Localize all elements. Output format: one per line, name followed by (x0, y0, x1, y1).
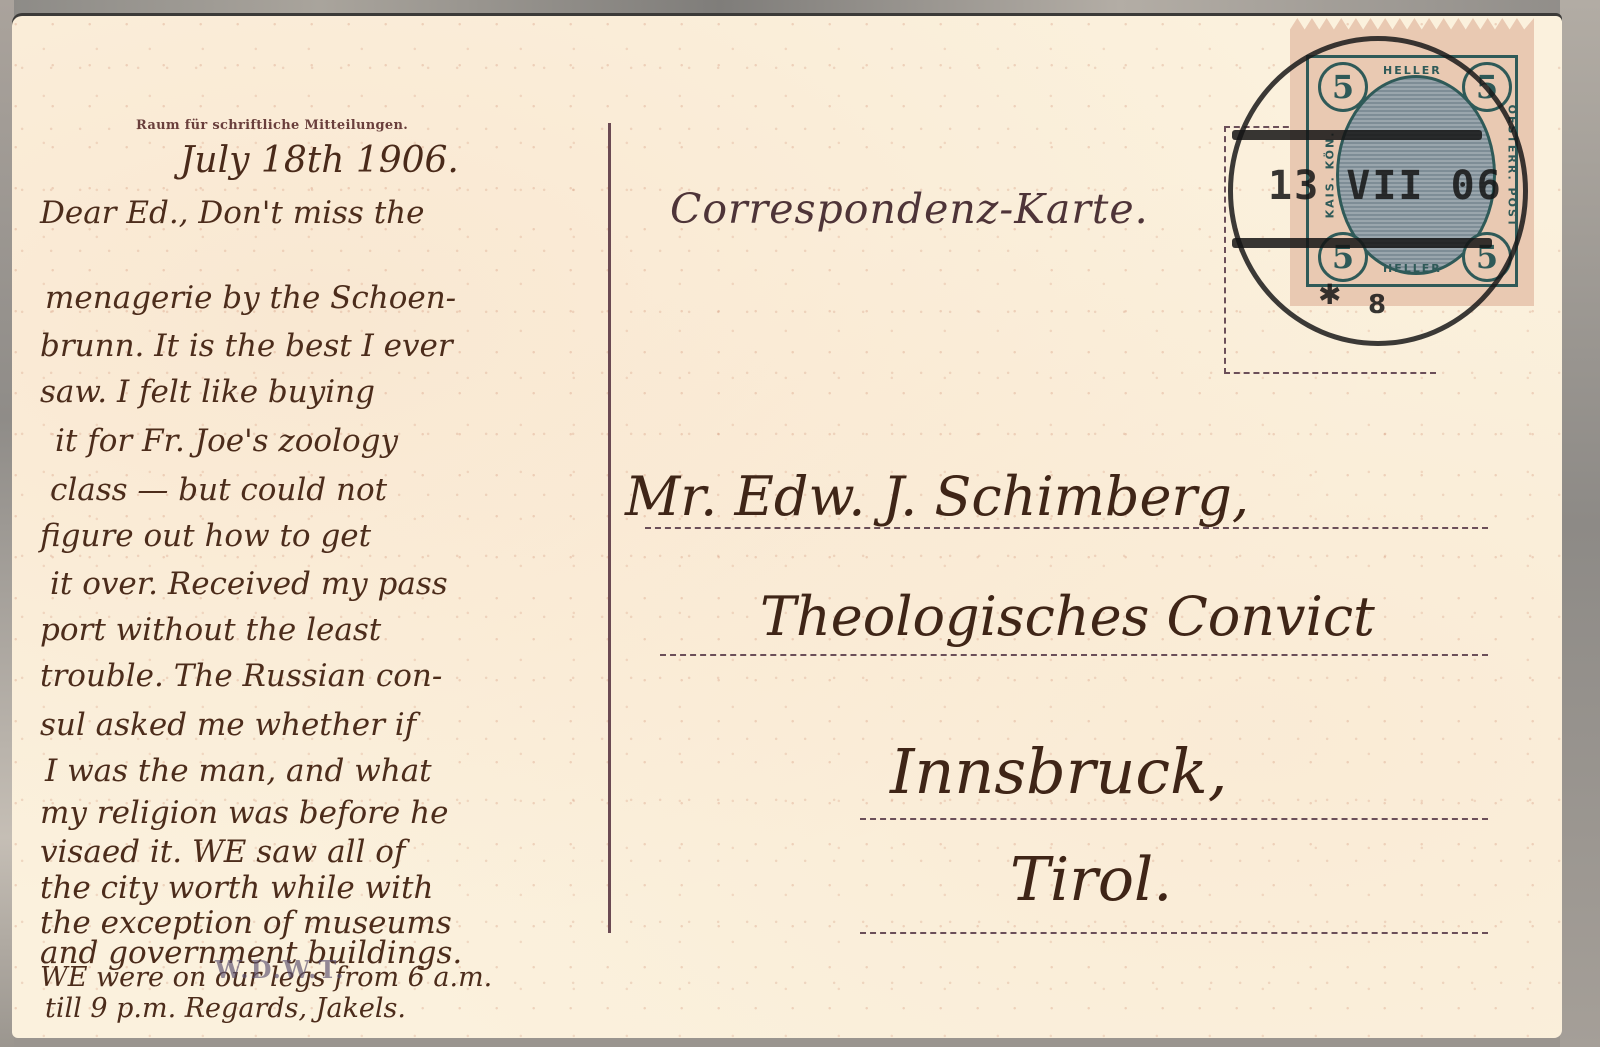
message-line: trouble. The Russian con- (40, 658, 442, 694)
message-line: class — but could not (50, 472, 387, 508)
address-line-institution: Theologisches Convict (760, 585, 1375, 648)
address-dotted-line (645, 527, 1488, 529)
card-title: Correspondenz-Karte. (670, 185, 1149, 233)
postmark-code: 8 (1368, 290, 1386, 320)
postmark-date: 13 VII 06 (1268, 163, 1503, 209)
center-divider-line (608, 123, 611, 933)
address-dotted-line (660, 654, 1488, 656)
message-line: it over. Received my pass (50, 566, 448, 602)
postmark-bar-top (1232, 130, 1482, 140)
message-line: the city worth while with (40, 870, 433, 906)
address-dotted-line (860, 932, 1488, 934)
scan-background-right (1560, 0, 1600, 1047)
message-line: visaed it. WE saw all of (40, 834, 405, 870)
message-line: port without the least (40, 612, 381, 648)
publisher-imprint: W.D.W.T. (215, 955, 346, 984)
address-line-name: Mr. Edw. J. Schimberg, (625, 465, 1249, 528)
message-line: I was the man, and what (45, 753, 432, 789)
message-date: July 18th 1906. (180, 140, 459, 181)
postmark-star-icon: ✱ (1318, 278, 1341, 311)
postmark-bar-bottom (1232, 238, 1492, 248)
message-line: it for Fr. Joe's zoology (55, 423, 398, 459)
message-line: saw. I felt like buying (40, 374, 375, 410)
address-line-region: Tirol. (1010, 845, 1172, 915)
message-line: Dear Ed., Don't miss the (40, 195, 424, 231)
message-line: menagerie by the Schoen- (45, 280, 456, 316)
printed-message-heading: Raum für schriftliche Mitteilungen. (136, 118, 408, 133)
address-line-city: Innsbruck, (890, 735, 1227, 808)
message-line: till 9 p.m. Regards, Jakels. (45, 993, 406, 1024)
message-line: sul asked me whether if (40, 707, 416, 743)
message-line: my religion was before he (40, 795, 448, 831)
address-dotted-line (860, 818, 1488, 820)
message-line: brunn. It is the best I ever (40, 328, 453, 364)
message-line: figure out how to get (40, 518, 371, 554)
